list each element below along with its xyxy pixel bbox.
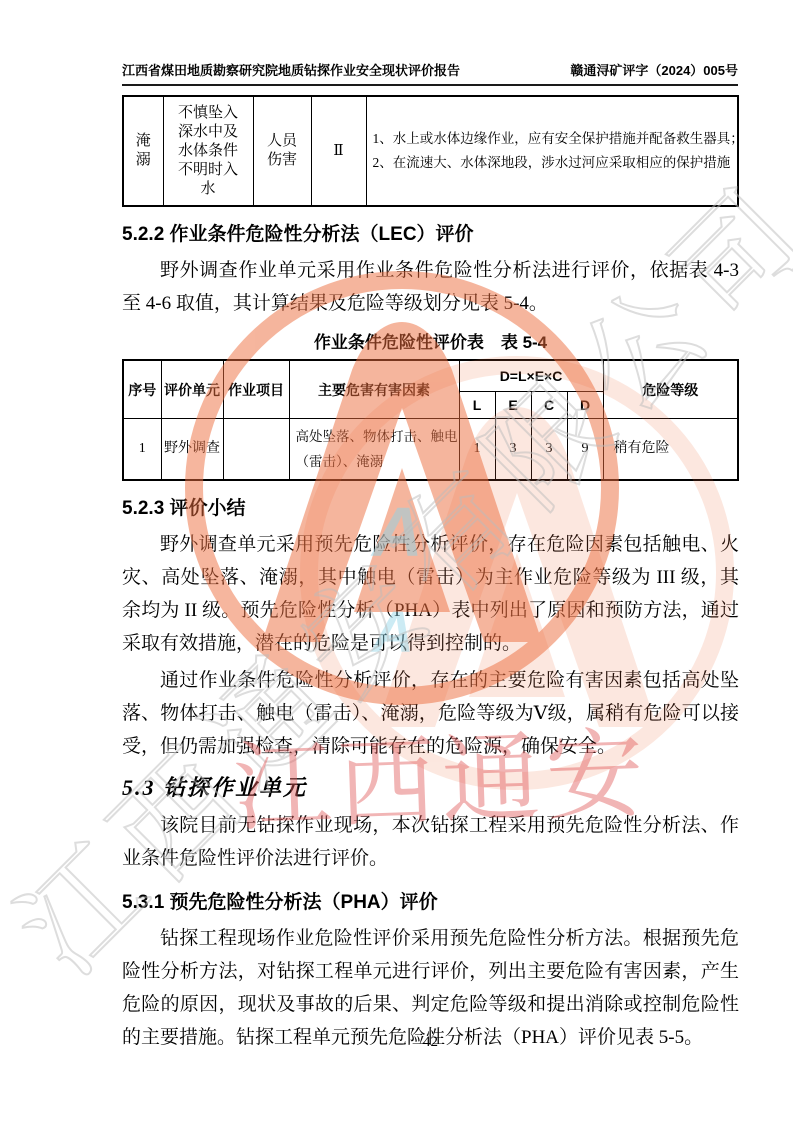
factors-line: （雷击）、淹溺 bbox=[296, 449, 453, 474]
col-header-E: E bbox=[495, 392, 531, 419]
page-content: 淹溺 不慎坠入深水中及水体条件不明时入水 人员伤害 Ⅱ 1、水上或水体边缘作业，… bbox=[122, 95, 739, 1058]
cell-C: 3 bbox=[531, 419, 567, 481]
col-header-factors: 主要危害有害因素 bbox=[289, 360, 459, 419]
col-header-risk: 危险等级 bbox=[603, 360, 738, 419]
hazard-continuation-table: 淹溺 不慎坠入深水中及水体条件不明时入水 人员伤害 Ⅱ 1、水上或水体边缘作业，… bbox=[122, 95, 739, 207]
factors-line: 高处坠落、物体打击、触电 bbox=[296, 424, 453, 449]
paragraph-5-3: 该院目前无钻探作业现场，本次钻探工程采用预先危险性分析法、作业条件危险性评价法进… bbox=[122, 809, 739, 875]
col-header-unit: 评价单元 bbox=[161, 360, 223, 419]
col-header-C: C bbox=[531, 392, 567, 419]
document-page: 江西省煤田地质勘察研究院地质钻探作业安全现状评价报告 赣通浔矿评字（2024）0… bbox=[0, 0, 793, 1122]
header-doc-number: 赣通浔矿评字（2024）005号 bbox=[570, 60, 738, 79]
page-number: 42 bbox=[122, 1034, 739, 1051]
section-heading-5-3-1: 5.3.1 预先危险性分析法（PHA）评价 bbox=[122, 889, 739, 916]
hazard-measures-cell: 1、水上或水体边缘作业，应有安全保护措施并配备救生器具； 2、在流速大、水体深地… bbox=[366, 96, 738, 206]
cell-unit: 野外调查 bbox=[161, 419, 223, 481]
paragraph-5-2-3-a: 野外调查单元采用预先危险性分析评价，存在危险因素包括触电、火灾、高处坠落、淹溺，… bbox=[122, 528, 739, 660]
col-header-project: 作业项目 bbox=[223, 360, 289, 419]
col-header-no: 序号 bbox=[123, 360, 161, 419]
paragraph-5-2-3-b: 通过作业条件危险性分析评价，存在的主要危险有害因素包括高处坠落、物体打击、触电（… bbox=[122, 664, 739, 763]
section-heading-5-3: 5.3 钻探作业单元 bbox=[122, 773, 739, 803]
section-heading-5-2-3: 5.2.3 评价小结 bbox=[122, 495, 739, 522]
col-header-formula: D=L×E×C bbox=[459, 360, 603, 392]
cell-no: 1 bbox=[123, 419, 161, 481]
cell-factors: 高处坠落、物体打击、触电 （雷击）、淹溺 bbox=[289, 419, 459, 481]
table-header-row: 序号 评价单元 作业项目 主要危害有害因素 D=L×E×C 危险等级 bbox=[123, 360, 738, 392]
table-row: 淹溺 不慎坠入深水中及水体条件不明时入水 人员伤害 Ⅱ 1、水上或水体边缘作业，… bbox=[123, 96, 738, 206]
hazard-level-cell: Ⅱ bbox=[311, 96, 366, 206]
page-header: 江西省煤田地质勘察研究院地质钻探作业安全现状评价报告 赣通浔矿评字（2024）0… bbox=[122, 60, 738, 86]
table-5-4-caption: 作业条件危险性评价表 表 5-4 bbox=[122, 328, 739, 353]
hazard-name-cell: 淹溺 bbox=[123, 96, 163, 206]
measure-line: 1、水上或水体边缘作业，应有安全保护措施并配备救生器具； bbox=[373, 127, 732, 151]
lec-evaluation-table: 序号 评价单元 作业项目 主要危害有害因素 D=L×E×C 危险等级 L E C… bbox=[122, 359, 739, 481]
section-heading-5-2-2: 5.2.2 作业条件危险性分析法（LEC）评价 bbox=[122, 221, 739, 248]
cell-project bbox=[223, 419, 289, 481]
hazard-cause-cell: 不慎坠入深水中及水体条件不明时入水 bbox=[163, 96, 253, 206]
cell-risk-level: 稍有危险 bbox=[603, 419, 738, 481]
col-header-L: L bbox=[459, 392, 495, 419]
col-header-D: D bbox=[567, 392, 603, 419]
table-row: 1 野外调查 高处坠落、物体打击、触电 （雷击）、淹溺 1 3 3 9 稍有危险 bbox=[123, 419, 738, 481]
paragraph-5-2-2: 野外调查作业单元采用作业条件危险性分析法进行评价，依据表 4-3 至 4-6 取… bbox=[122, 254, 739, 320]
hazard-consequence-cell: 人员伤害 bbox=[253, 96, 311, 206]
cell-L: 1 bbox=[459, 419, 495, 481]
cell-D: 9 bbox=[567, 419, 603, 481]
header-report-title: 江西省煤田地质勘察研究院地质钻探作业安全现状评价报告 bbox=[122, 60, 460, 79]
cell-E: 3 bbox=[495, 419, 531, 481]
measure-line: 2、在流速大、水体深地段，涉水过河应采取相应的保护措施 bbox=[373, 151, 732, 175]
